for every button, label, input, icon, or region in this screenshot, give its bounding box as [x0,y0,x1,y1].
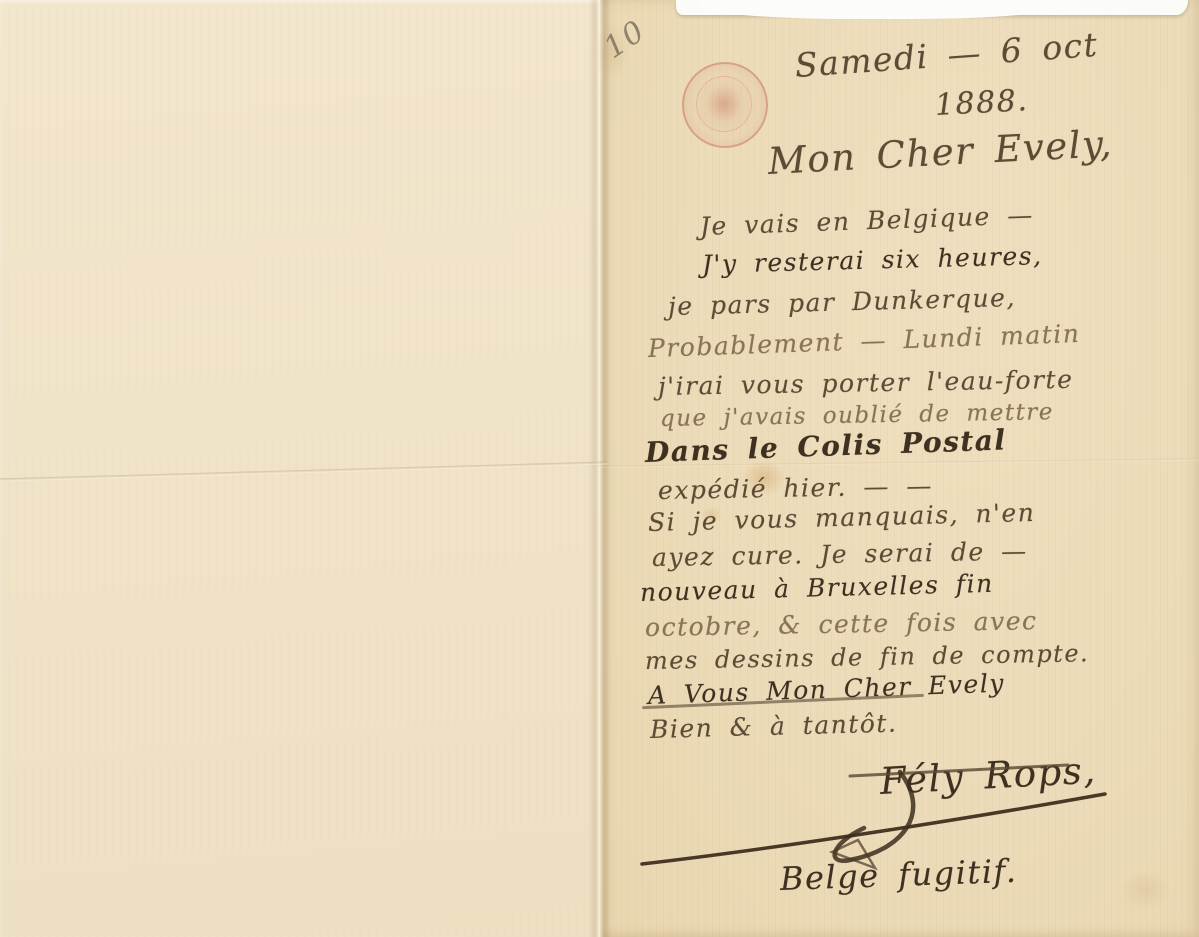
dateline-year: 1888. [934,83,1029,123]
red-collection-stamp-icon [682,62,768,148]
signature-paraph-flourish [600,756,1160,926]
body-line: expédié hier. — — [658,471,933,505]
stamp-emblem [708,86,740,122]
blank-left-page [0,0,600,937]
letter-scan: 10 Samedi — 6 oct 1888. Mon Cher Evely, … [0,0,1199,937]
